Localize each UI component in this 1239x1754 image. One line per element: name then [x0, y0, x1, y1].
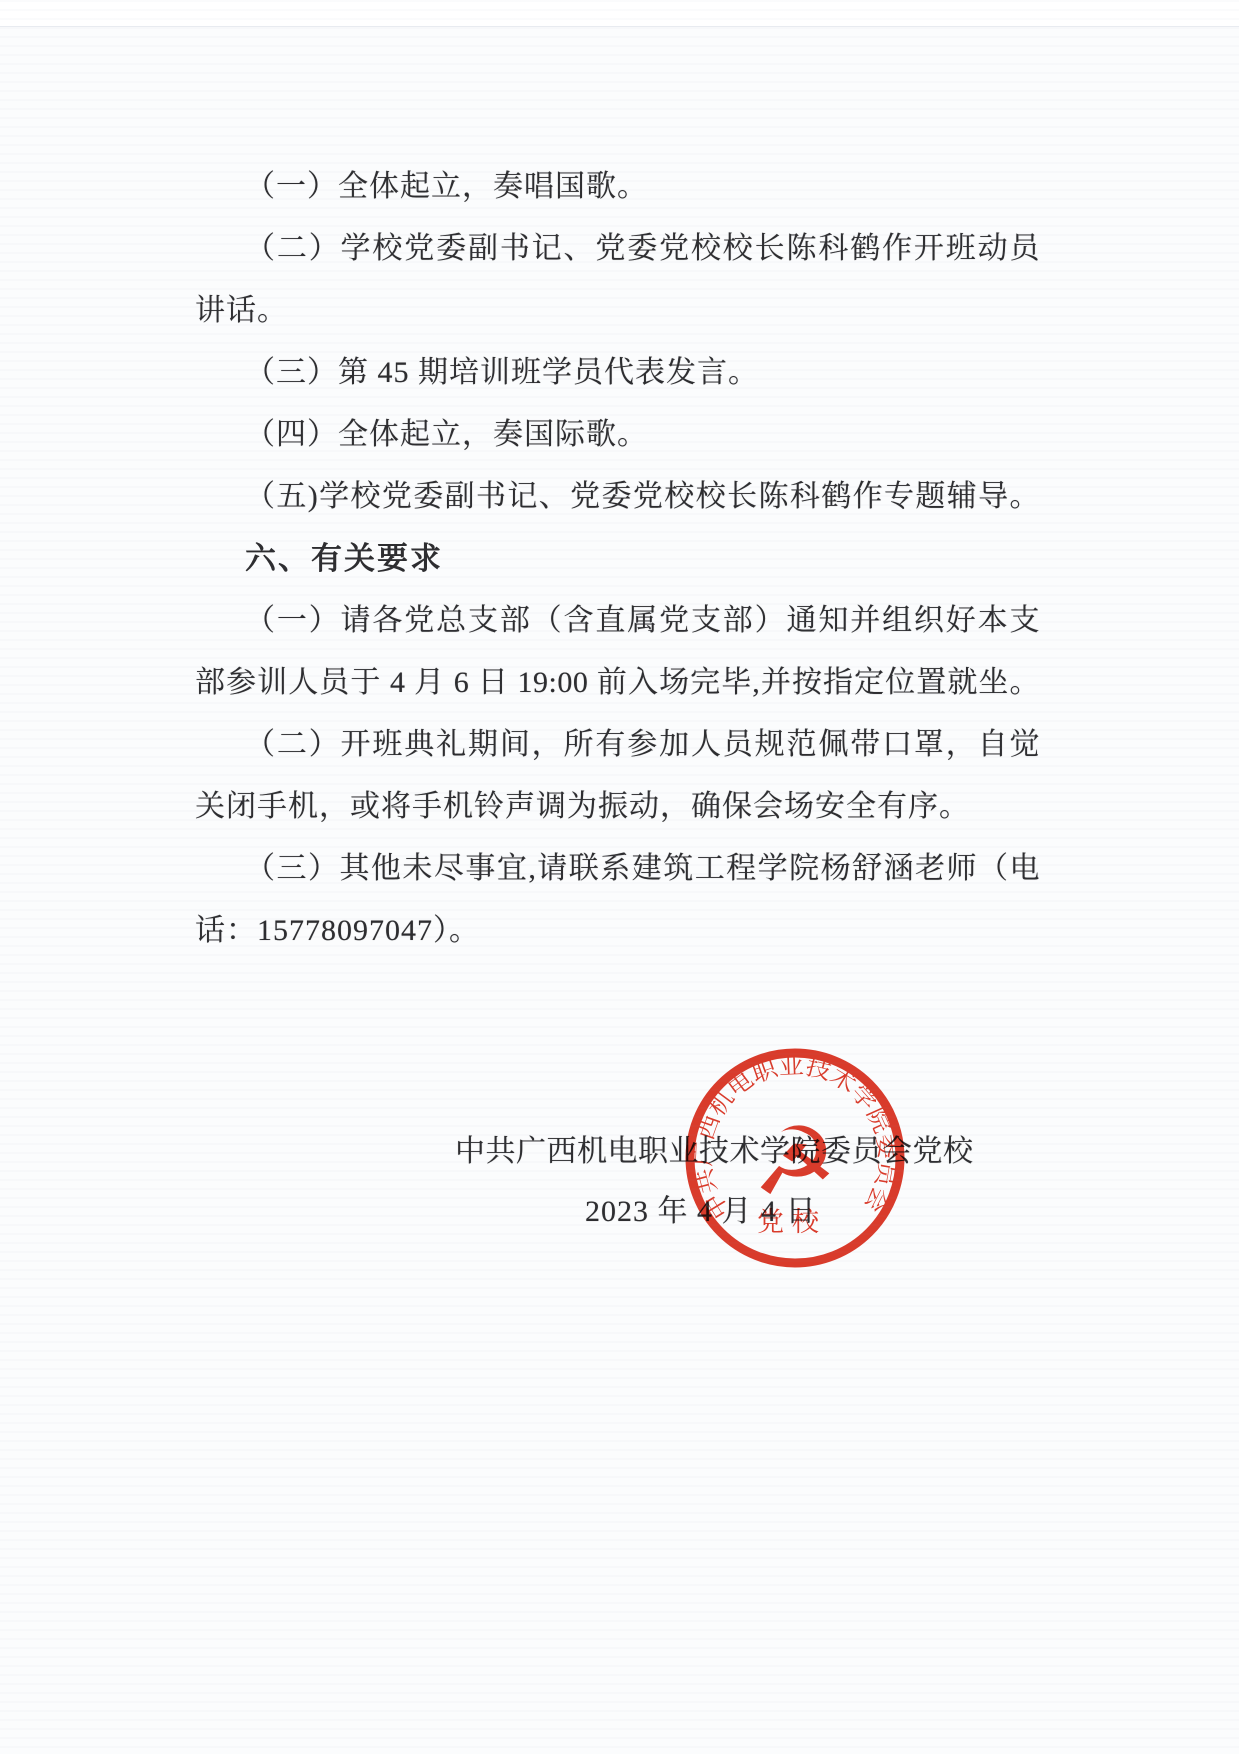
scanned-document-page: （一）全体起立，奏唱国歌。（二）学校党委副书记、党委党校校长陈科鹤作开班动员讲话… [0, 0, 1239, 1754]
document-line: 讲话。 [195, 280, 1040, 342]
document-line: 部参训人员于 4 月 6 日 19:00 前入场完毕,并按指定位置就坐。 [195, 652, 1040, 714]
document-line: （二）开班典礼期间，所有参加人员规范佩带口罩，自觉 [195, 714, 1040, 776]
document-line: （三）其他未尽事宜,请联系建筑工程学院杨舒涵老师（电 [195, 838, 1040, 900]
seal-bottom-text: 党校 [757, 1207, 827, 1237]
document-line: （四）全体起立，奏国际歌。 [195, 404, 1040, 466]
document-line: （三）第 45 期培训班学员代表发言。 [195, 342, 1040, 404]
document-line: 关闭手机，或将手机铃声调为振动，确保会场安全有序。 [195, 776, 1040, 838]
seal-graphic: 中共广西机电职业技术学院委员会 ☭ 党校 [681, 1044, 909, 1272]
document-line: 话：15778097047）。 [195, 900, 1040, 962]
section-heading: 六、有关要求 [195, 528, 1040, 590]
hammer-sickle-icon: ☭ [753, 1108, 837, 1217]
document-line: （一）全体起立，奏唱国歌。 [195, 156, 1040, 218]
document-line: （二）学校党委副书记、党委党校校长陈科鹤作开班动员 [195, 218, 1040, 280]
official-red-seal: 中共广西机电职业技术学院委员会 ☭ 党校 [681, 1044, 909, 1272]
scan-edge-artifact [0, 0, 1239, 27]
document-line: （一）请各党总支部（含直属党支部）通知并组织好本支 [195, 590, 1040, 652]
document-body: （一）全体起立，奏唱国歌。（二）学校党委副书记、党委党校校长陈科鹤作开班动员讲话… [195, 156, 1040, 962]
document-line: （五)学校党委副书记、党委党校校长陈科鹤作专题辅导。 [195, 466, 1040, 528]
